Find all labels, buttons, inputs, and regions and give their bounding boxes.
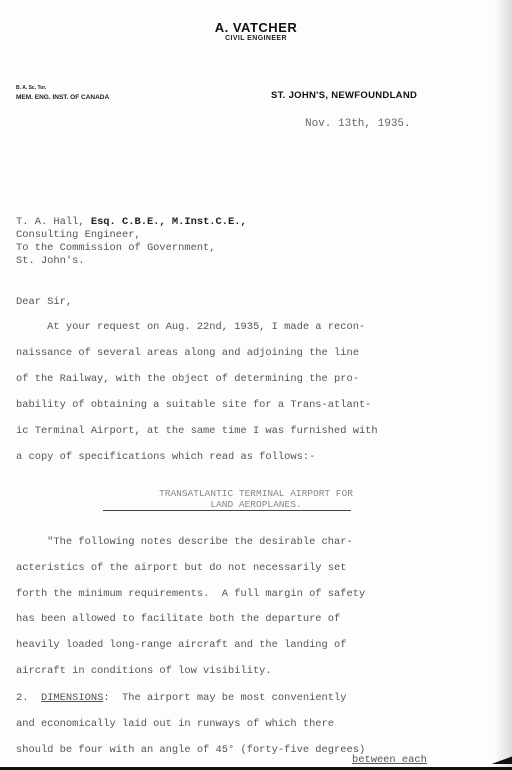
section-text: : The airport may be most conveniently xyxy=(103,692,346,704)
letterhead-name: A. VATCHER xyxy=(0,20,512,35)
spec-heading-line-1: TRANSATLANTIC TERMINAL AIRPORT FOR xyxy=(0,488,512,499)
recipient-line-4: St. John's. xyxy=(16,255,85,267)
spec-heading-line-2: LAND AEROPLANES. xyxy=(0,499,512,510)
letterhead-credential-membership: MEM. ENG. INST. OF CANADA xyxy=(16,94,109,101)
salutation: Dear Sir, xyxy=(16,296,72,308)
paragraph2-line: heavily loaded long-range aircraft and t… xyxy=(16,639,346,651)
section2-continuation: between each xyxy=(352,754,427,766)
section2-line: and economically laid out in runways of … xyxy=(16,718,334,730)
paragraph1-line: At your request on Aug. 22nd, 1935, I ma… xyxy=(16,321,365,333)
spec-heading-underline xyxy=(103,510,351,511)
section-label: DIMENSIONS xyxy=(41,692,103,704)
letterhead-credential-degree: B. A. Sc. Tor. xyxy=(16,85,46,91)
recipient-line-2: Consulting Engineer, xyxy=(16,229,141,241)
paragraph2-line: "The following notes describe the desira… xyxy=(16,536,353,548)
paragraph2-line: forth the minimum requirements. A full m… xyxy=(16,588,365,600)
section-number: 2. xyxy=(16,692,41,704)
letter-date: Nov. 13th, 1935. xyxy=(305,118,411,130)
recipient-line-1: T. A. Hall, Esq. C.B.E., M.Inst.C.E., xyxy=(16,216,247,228)
letterhead-city: ST. JOHN'S, NEWFOUNDLAND xyxy=(271,90,417,101)
letterhead-title: CIVIL ENGINEER xyxy=(0,35,512,42)
recipient-honors: Esq. C.B.E., M.Inst.C.E., xyxy=(91,216,247,228)
page-edge-shadow xyxy=(494,0,512,770)
paragraph1-line: ic Terminal Airport, at the same time I … xyxy=(16,425,378,437)
paragraph2-line: aircraft in conditions of low visibility… xyxy=(16,665,272,677)
paragraph2-line: acteristics of the airport but do not ne… xyxy=(16,562,346,574)
letter-page: A. VATCHER CIVIL ENGINEER B. A. Sc. Tor.… xyxy=(0,0,512,770)
section2-first-line: 2. DIMENSIONS: The airport may be most c… xyxy=(16,692,347,704)
page-corner-shadow xyxy=(492,756,512,764)
paragraph1-line: a copy of specifications which read as f… xyxy=(16,451,315,463)
recipient-line-3: To the Commission of Government, xyxy=(16,242,216,254)
paragraph1-line: of the Railway, with the object of deter… xyxy=(16,373,359,385)
paragraph1-line: bability of obtaining a suitable site fo… xyxy=(16,399,371,411)
recipient-name: T. A. Hall, xyxy=(16,216,91,228)
section2-line: should be four with an angle of 45° (for… xyxy=(16,744,365,756)
paragraph2-line: has been allowed to facilitate both the … xyxy=(16,613,340,625)
paragraph1-line: naissance of several areas along and adj… xyxy=(16,347,359,359)
